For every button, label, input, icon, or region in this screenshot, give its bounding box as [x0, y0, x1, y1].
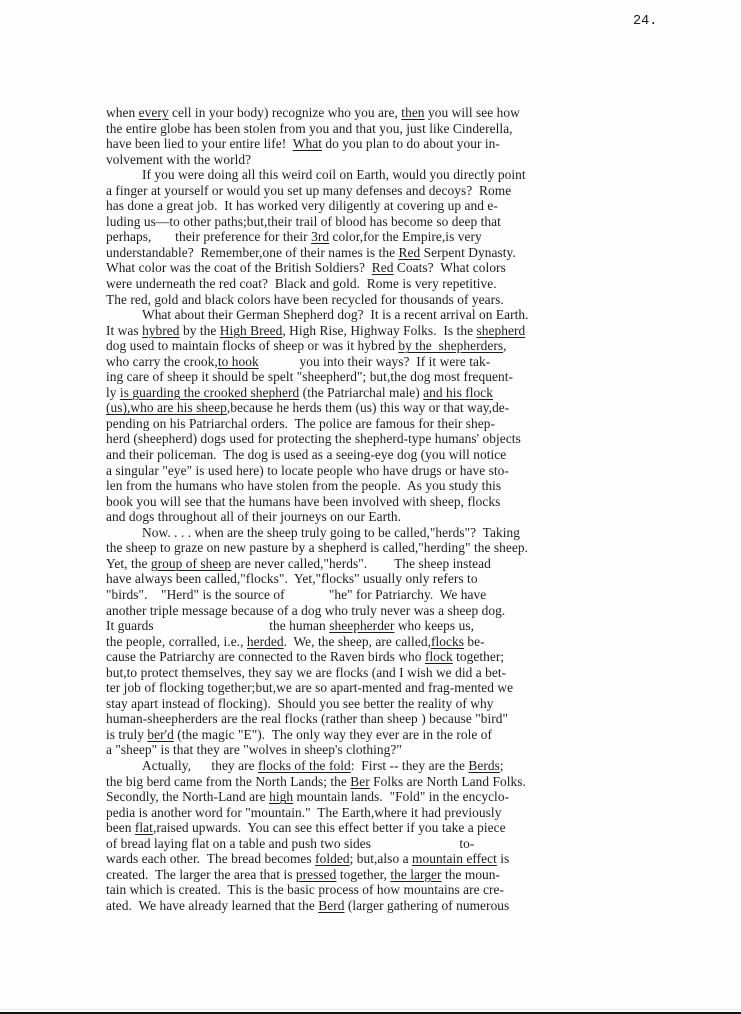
text-segment: (larger gathering of numerous: [344, 898, 509, 913]
underlined-text: then: [401, 105, 424, 120]
text-segment: has done a great job. It has worked very…: [106, 198, 498, 213]
text-segment: luding us—to other paths;but,their trail…: [106, 214, 501, 229]
text-line: a singular "eye" is used here) to locate…: [106, 463, 736, 479]
text-line: of bread laying flat on a table and push…: [106, 836, 736, 852]
text-segment: Folks are North Land Folks.: [370, 774, 526, 789]
text-line: the sheep to graze on new pasture by a s…: [106, 540, 736, 556]
text-segment: ; but,also a: [350, 851, 412, 866]
text-line: "birds". "Herd" is the source of "he" fo…: [106, 587, 736, 603]
text-segment: len from the humans who have stolen from…: [106, 478, 501, 493]
text-line: It guards the human sheepherder who keep…: [106, 618, 736, 634]
text-line: cause the Patriarchy are connected to th…: [106, 649, 736, 665]
text-segment: , High Rise, Highway Folks. Is the: [282, 323, 476, 338]
underlined-text: flocks: [431, 634, 464, 649]
text-line: wards each other. The bread becomes fold…: [106, 851, 736, 867]
text-segment: herd (sheepherd) dogs used for protectin…: [106, 431, 521, 446]
underlined-text: every: [139, 105, 169, 120]
text-line: tain which is created. This is the basic…: [106, 882, 736, 898]
text-segment: pedia is another word for "mountain." Th…: [106, 805, 501, 820]
text-segment: the big berd came from the North Lands; …: [106, 774, 350, 789]
text-line: understandable? Remember,one of their na…: [106, 245, 736, 261]
text-line: created. The larger the area that is pre…: [106, 867, 736, 883]
text-line: Yet, the group of sheep are never called…: [106, 556, 736, 572]
text-line: What about their German Shepherd dog? It…: [106, 307, 736, 323]
text-segment: together;: [453, 649, 504, 664]
text-line: len from the humans who have stolen from…: [106, 478, 736, 494]
text-segment: do you plan to do about your in-: [322, 136, 500, 151]
text-line: have always been called,"flocks". Yet,"f…: [106, 571, 736, 587]
text-line: and their policeman. The dog is used as …: [106, 447, 736, 463]
text-line: the big berd came from the North Lands; …: [106, 774, 736, 790]
text-line: when every cell in your body) recognize …: [106, 105, 736, 121]
underlined-text: 3rd: [311, 229, 329, 244]
text-line: been flat,raised upwards. You can see th…: [106, 820, 736, 836]
text-segment: : First -- they are the: [351, 758, 469, 773]
text-line: herd (sheepherd) dogs used for protectin…: [106, 431, 736, 447]
text-segment: It was: [106, 323, 142, 338]
text-line: The red, gold and black colors have been…: [106, 292, 736, 308]
text-line: but,to protect themselves, they say we a…: [106, 665, 736, 681]
text-segment: understandable? Remember,one of their na…: [106, 245, 398, 260]
text-line: volvement with the world?: [106, 152, 736, 168]
text-line: pedia is another word for "mountain." Th…: [106, 805, 736, 821]
text-line: a "sheep" is that they are "wolves in sh…: [106, 742, 736, 758]
text-segment: pending on his Patriarchal orders. The p…: [106, 416, 495, 431]
text-segment: Actually, they are: [142, 758, 258, 773]
text-line: ter job of flocking together;but,we are …: [106, 680, 736, 696]
underlined-text: shepherd: [476, 323, 525, 338]
scan-edge-light: [0, 1009, 741, 1010]
underlined-text: high: [269, 789, 293, 804]
text-line: ly is guarding the crooked shepherd (the…: [106, 385, 736, 401]
text-segment: have always been called,"flocks". Yet,"f…: [106, 571, 478, 586]
text-segment: Secondly, the North-Land are: [106, 789, 269, 804]
text-segment: ,raised upwards. You can see this effect…: [153, 820, 506, 835]
text-segment: dog used to maintain flocks of sheep or …: [106, 338, 398, 353]
text-line: has done a great job. It has worked very…: [106, 198, 736, 214]
text-segment: together,: [336, 867, 390, 882]
text-line: If you were doing all this weird coil on…: [106, 167, 736, 183]
underlined-text: pressed: [296, 867, 337, 882]
underlined-text: group of sheep: [151, 556, 231, 571]
underlined-text: mountain effect: [412, 851, 497, 866]
text-line: What color was the coat of the British S…: [106, 260, 736, 276]
text-segment: have been lied to your entire life!: [106, 136, 293, 151]
text-segment: mountain lands. "Fold" in the encyclo-: [293, 789, 509, 804]
underlined-text: flock: [425, 649, 453, 664]
text-line: the people, corralled, i.e., herded. We,…: [106, 634, 736, 650]
underlined-text: Red: [398, 245, 420, 260]
text-line: luding us—to other paths;but,their trail…: [106, 214, 736, 230]
text-line: and dogs throughout all of their journey…: [106, 509, 736, 525]
underlined-text: Berds: [468, 758, 500, 773]
text-segment: another triple message because of a dog …: [106, 603, 505, 618]
text-segment: color,for the Empire,is very: [329, 229, 482, 244]
underlined-text: What: [293, 136, 322, 151]
text-segment: by the: [180, 323, 220, 338]
text-segment: a singular "eye" is used here) to locate…: [106, 463, 509, 478]
text-line: It was hybred by the High Breed, High Ri…: [106, 323, 736, 339]
text-segment: "birds". "Herd" is the source of "he" fo…: [106, 587, 486, 602]
text-segment: ,because he herds them (us) this way or …: [227, 400, 509, 415]
text-line: Now. . . . when are the sheep truly goin…: [106, 525, 736, 541]
text-segment: be-: [464, 634, 485, 649]
document-page: 24. when every cell in your body) recogn…: [0, 0, 741, 1014]
underlined-text: by the shepherders: [398, 338, 503, 353]
text-segment: perhaps, their preference for their: [106, 229, 311, 244]
text-segment: were underneath the red coat? Black and …: [106, 276, 497, 291]
text-segment: The red, gold and black colors have been…: [106, 292, 504, 307]
body-text: when every cell in your body) recognize …: [106, 105, 736, 913]
underlined-text: sheepherder: [329, 618, 394, 633]
text-line: book you will see that the humans have b…: [106, 494, 736, 510]
text-line: the entire globe has been stolen from yo…: [106, 121, 736, 137]
text-segment: ,: [503, 338, 506, 353]
text-line: a finger at yourself or would you set up…: [106, 183, 736, 199]
underlined-text: the larger: [390, 867, 441, 882]
text-line: were underneath the red coat? Black and …: [106, 276, 736, 292]
text-segment: It guards the human: [106, 618, 329, 633]
underlined-text: (us),who are his sheep: [106, 400, 227, 415]
text-segment: Serpent Dynasty.: [420, 245, 516, 260]
text-line: Actually, they are flocks of the fold: F…: [106, 758, 736, 774]
underlined-text: is guarding the crooked shepherd: [120, 385, 299, 400]
text-segment: wards each other. The bread becomes: [106, 851, 315, 866]
underlined-text: Ber: [350, 774, 369, 789]
text-segment: cell in your body) recognize who you are…: [169, 105, 402, 120]
text-segment: If you were doing all this weird coil on…: [142, 167, 526, 182]
text-line: pending on his Patriarchal orders. The p…: [106, 416, 736, 432]
text-segment: you into their ways? If it were tak-: [259, 354, 491, 369]
text-segment: (the Patriarchal male): [299, 385, 423, 400]
text-segment: book you will see that the humans have b…: [106, 494, 500, 509]
text-segment: . We, the sheep, are called,: [284, 634, 431, 649]
underlined-text: High Breed: [220, 323, 283, 338]
underlined-text: to hook: [218, 354, 259, 369]
text-line: Secondly, the North-Land are high mounta…: [106, 789, 736, 805]
text-segment: is: [497, 851, 509, 866]
text-segment: you will see how: [425, 105, 520, 120]
text-segment: a "sheep" is that they are "wolves in sh…: [106, 742, 402, 757]
underlined-text: herded: [247, 634, 284, 649]
text-line: who carry the crook,to hook you into the…: [106, 354, 736, 370]
text-segment: the sheep to graze on new pasture by a s…: [106, 540, 528, 555]
text-segment: stay apart instead of flocking). Should …: [106, 696, 493, 711]
text-segment: tain which is created. This is the basic…: [106, 882, 504, 897]
text-segment: ;: [500, 758, 504, 773]
text-segment: who keeps us,: [394, 618, 474, 633]
underlined-text: Red: [372, 260, 394, 275]
text-line: ated. We have already learned that the B…: [106, 898, 736, 914]
text-segment: ing care of sheep it should be spelt "sh…: [106, 369, 513, 384]
text-segment: human-sheepherders are the real flocks (…: [106, 711, 508, 726]
text-segment: and their policeman. The dog is used as …: [106, 447, 506, 462]
text-segment: of bread laying flat on a table and push…: [106, 836, 474, 851]
underlined-text: hybred: [142, 323, 179, 338]
page-number: 24.: [633, 14, 657, 29]
text-segment: the people, corralled, i.e.,: [106, 634, 247, 649]
text-segment: Yet, the: [106, 556, 151, 571]
text-line: perhaps, their preference for their 3rd …: [106, 229, 736, 245]
text-line: human-sheepherders are the real flocks (…: [106, 711, 736, 727]
text-segment: Coats? What colors: [394, 260, 506, 275]
text-segment: Now. . . . when are the sheep truly goin…: [142, 525, 520, 540]
text-segment: are never called,"herds". The sheep inst…: [231, 556, 491, 571]
text-segment: ter job of flocking together;but,we are …: [106, 680, 513, 695]
underlined-text: Berd: [318, 898, 344, 913]
text-segment: and dogs throughout all of their journey…: [106, 509, 401, 524]
text-segment: the entire globe has been stolen from yo…: [106, 121, 513, 136]
underlined-text: ber'd: [147, 727, 173, 742]
text-segment: What color was the coat of the British S…: [106, 260, 372, 275]
text-segment: is truly: [106, 727, 147, 742]
text-segment: ated. We have already learned that the: [106, 898, 318, 913]
text-segment: (the magic "E"). The only way they ever …: [174, 727, 492, 742]
text-segment: created. The larger the area that is: [106, 867, 296, 882]
text-segment: a finger at yourself or would you set up…: [106, 183, 511, 198]
underlined-text: folded: [315, 851, 350, 866]
text-line: is truly ber'd (the magic "E"). The only…: [106, 727, 736, 743]
text-line: another triple message because of a dog …: [106, 603, 736, 619]
text-segment: but,to protect themselves, they say we a…: [106, 665, 506, 680]
text-line: stay apart instead of flocking). Should …: [106, 696, 736, 712]
text-segment: What about their German Shepherd dog? It…: [142, 307, 529, 322]
text-segment: the moun-: [442, 867, 501, 882]
text-line: dog used to maintain flocks of sheep or …: [106, 338, 736, 354]
underlined-text: flat: [135, 820, 153, 835]
text-line: ing care of sheep it should be spelt "sh…: [106, 369, 736, 385]
underlined-text: and his flock: [423, 385, 493, 400]
text-line: have been lied to your entire life! What…: [106, 136, 736, 152]
text-line: (us),who are his sheep,because he herds …: [106, 400, 736, 416]
text-segment: who carry the crook,: [106, 354, 218, 369]
text-segment: when: [106, 105, 139, 120]
underlined-text: flocks of the fold: [258, 758, 351, 773]
text-segment: been: [106, 820, 135, 835]
text-segment: ly: [106, 385, 120, 400]
text-segment: cause the Patriarchy are connected to th…: [106, 649, 425, 664]
text-segment: volvement with the world?: [106, 152, 251, 167]
